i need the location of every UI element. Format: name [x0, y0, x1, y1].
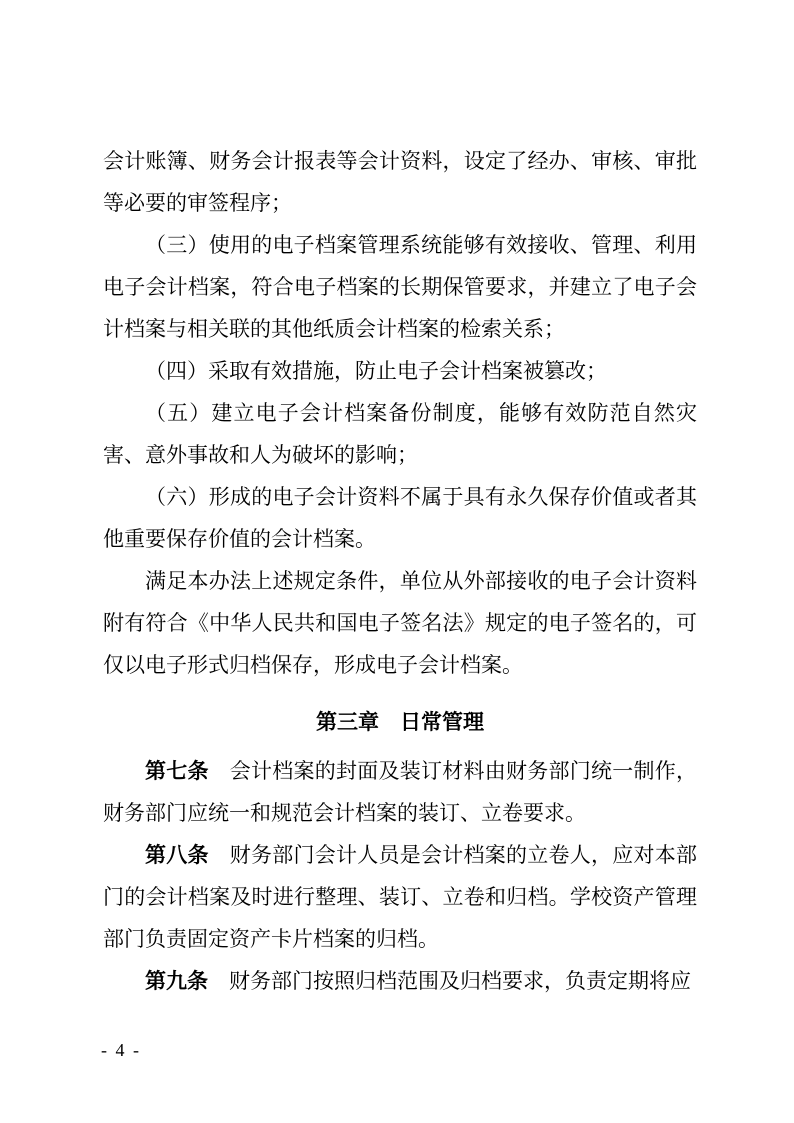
page-number: - 4 -	[101, 1038, 141, 1062]
article-9-label: 第九条	[145, 969, 208, 993]
paragraph-item-4: （四）采取有效措施，防止电子会计档案被篡改；	[103, 350, 697, 392]
paragraph-continuation: 会计账簿、财务会计报表等会计资料，设定了经办、审核、审批等必要的审签程序；	[103, 140, 697, 224]
article-7-label: 第七条	[145, 759, 209, 783]
paragraph-closing-clause: 满足本办法上述规定条件，单位从外部接收的电子会计资料附有符合《中华人民共和国电子…	[103, 560, 697, 686]
paragraph-item-5: （五）建立电子会计档案备份制度，能够有效防范自然灾害、意外事故和人为破坏的影响；	[103, 392, 697, 476]
paragraph-article-7: 第七条会计档案的封面及装订材料由财务部门统一制作，财务部门应统一和规范会计档案的…	[103, 750, 697, 834]
article-8-label: 第八条	[145, 843, 209, 867]
article-9-text: 财务部门按照归档范围及归档要求，负责定期将应	[229, 969, 691, 993]
paragraph-item-6: （六）形成的电子会计资料不属于具有永久保存价值或者其他重要保存价值的会计档案。	[103, 476, 697, 560]
chapter-heading: 第三章 日常管理	[103, 702, 697, 744]
document-content: 会计账簿、财务会计报表等会计资料，设定了经办、审核、审批等必要的审签程序； （三…	[103, 140, 697, 1002]
document-page: 会计账簿、财务会计报表等会计资料，设定了经办、审核、审批等必要的审签程序； （三…	[0, 0, 794, 1123]
paragraph-article-8: 第八条财务部门会计人员是会计档案的立卷人，应对本部门的会计档案及时进行整理、装订…	[103, 834, 697, 960]
paragraph-item-3: （三）使用的电子档案管理系统能够有效接收、管理、利用电子会计档案，符合电子档案的…	[103, 224, 697, 350]
paragraph-article-9: 第九条财务部门按照归档范围及归档要求，负责定期将应	[103, 960, 697, 1002]
